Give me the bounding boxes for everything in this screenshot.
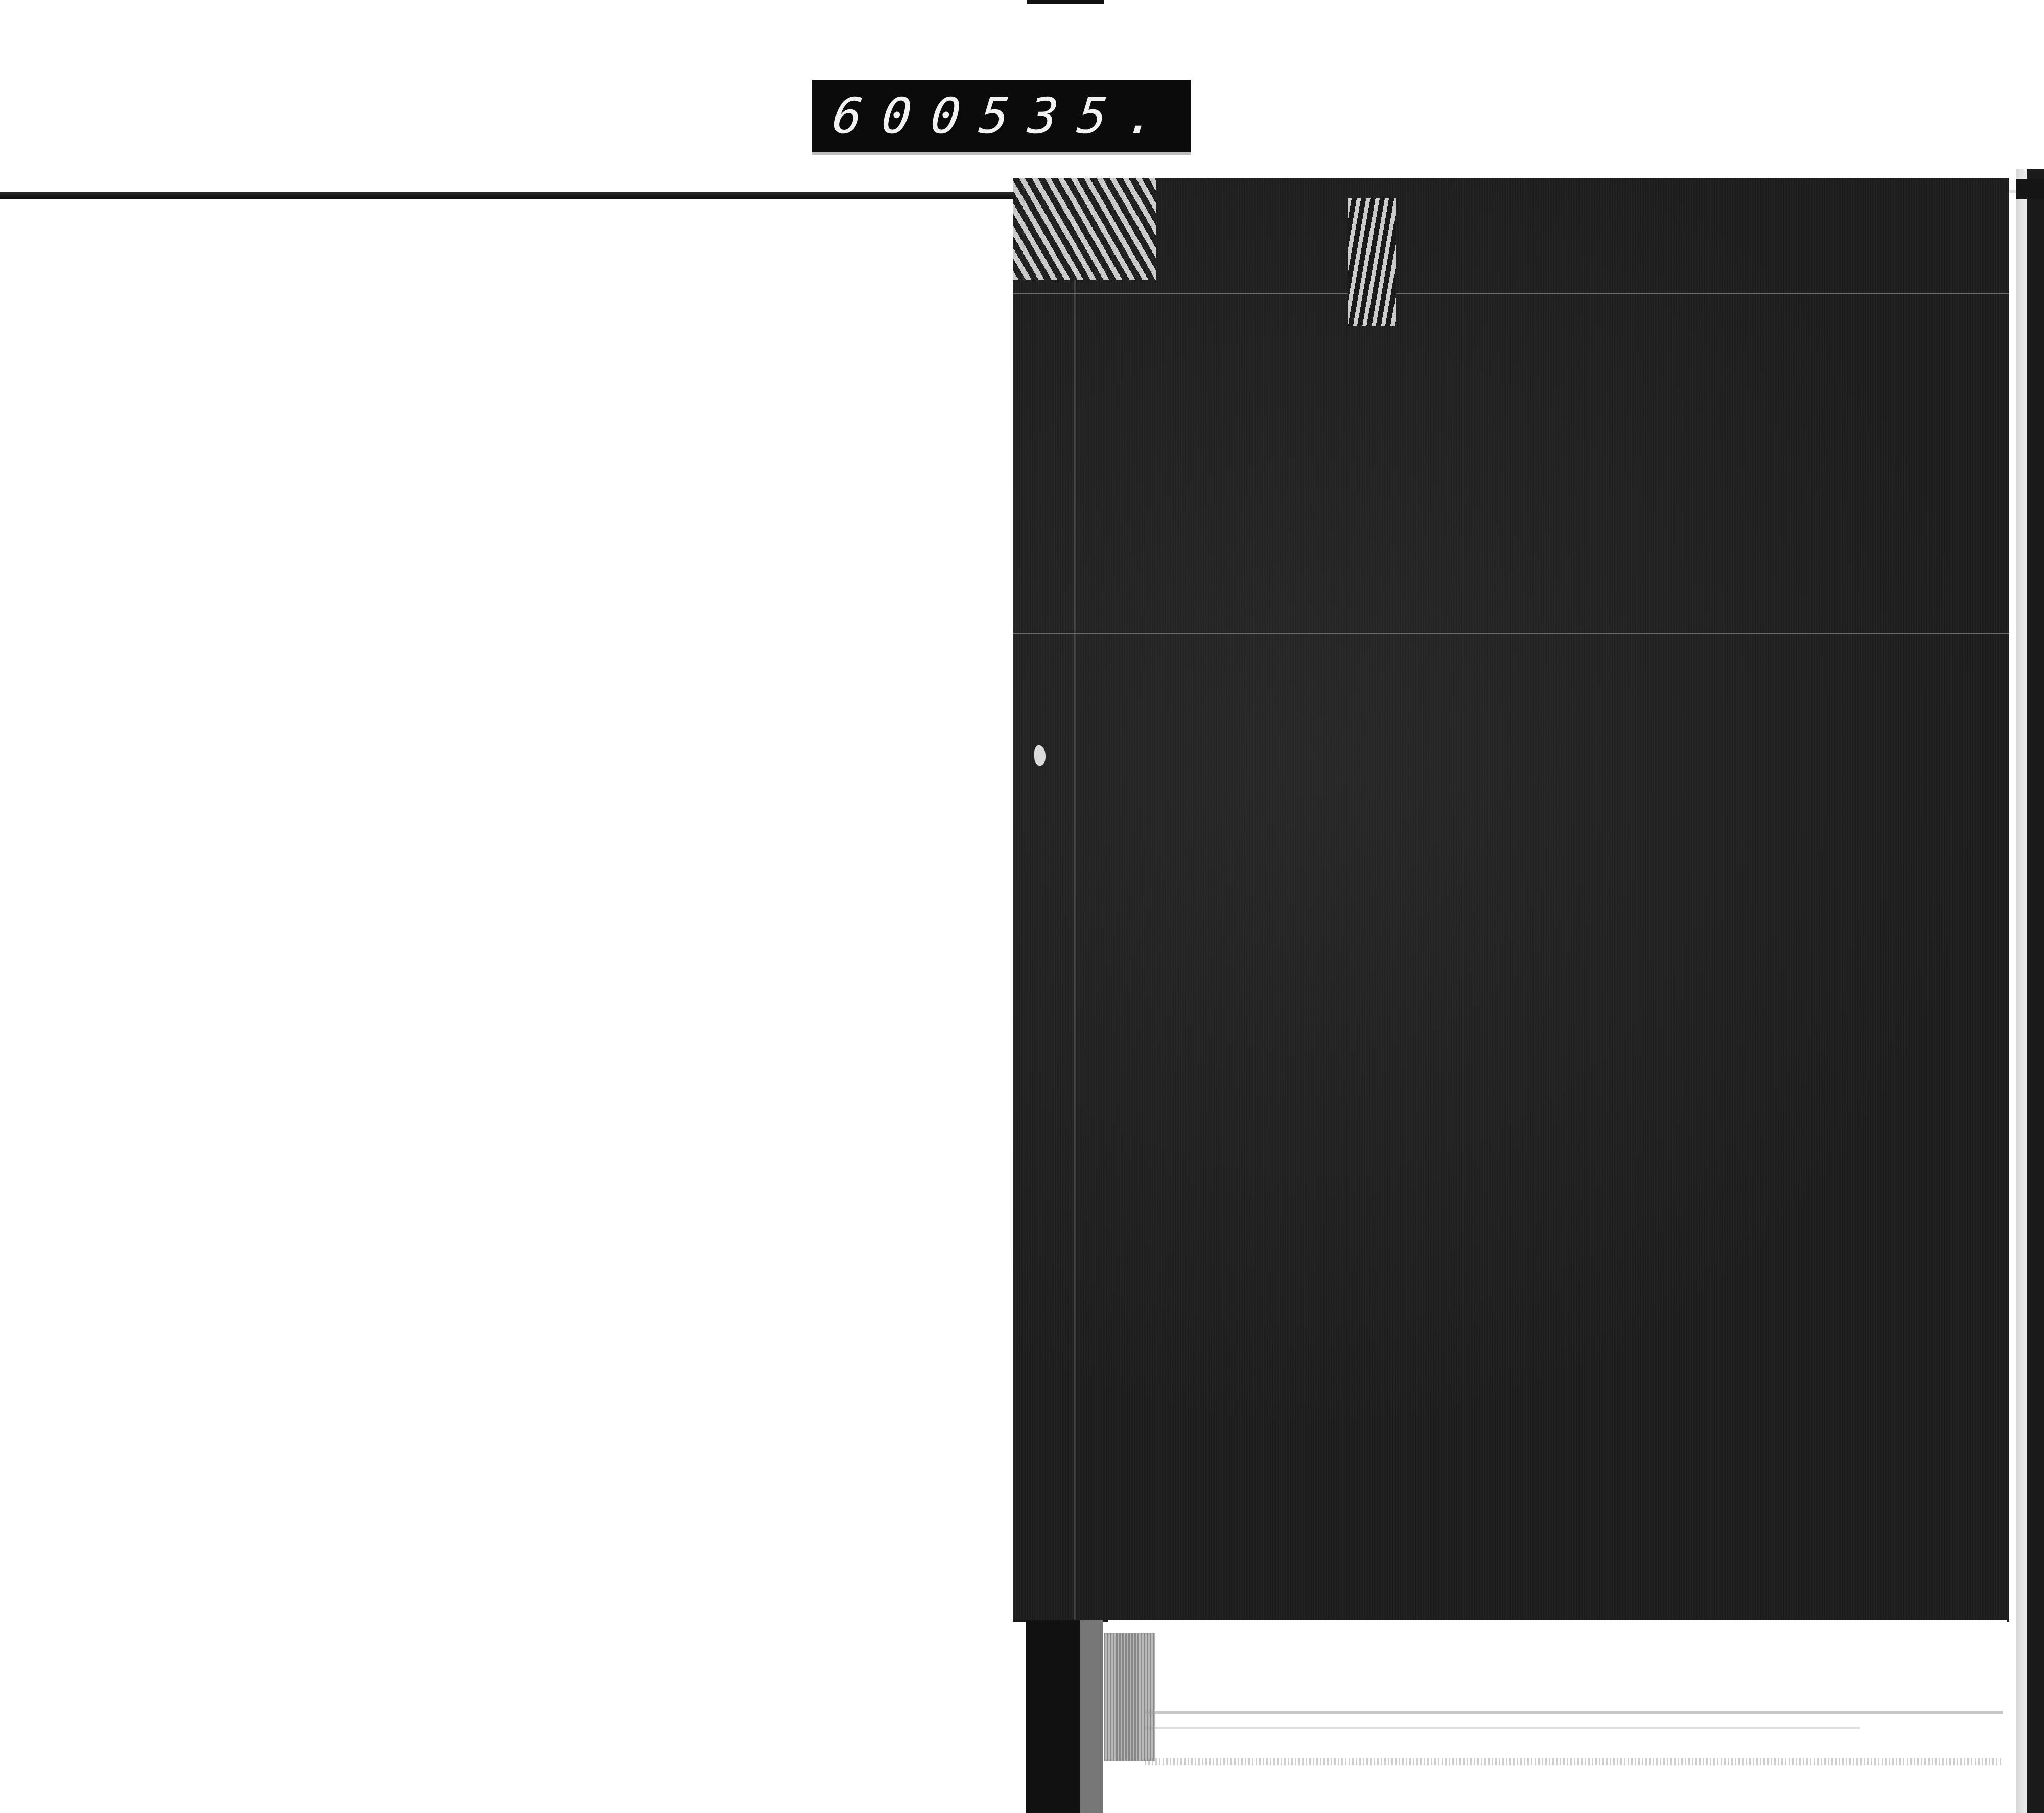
book-cover xyxy=(1013,178,2009,1622)
tape-residue-patch xyxy=(1013,178,1156,280)
page-edge-line xyxy=(1145,1758,2003,1765)
label-number-right: 535. xyxy=(977,87,1179,145)
top-edge-mark xyxy=(1027,0,1104,4)
cover-crease-line xyxy=(1013,633,2009,634)
tape-residue-strip xyxy=(1348,198,1396,326)
spine-edge xyxy=(1074,178,1076,1622)
page-edges-block xyxy=(1108,1620,2007,1753)
cover-tear-mark xyxy=(1034,745,1046,766)
page-edge-line xyxy=(1145,1727,1860,1729)
catalog-number-label: 600 535. xyxy=(812,80,1191,155)
label-number-left: 600 xyxy=(830,87,983,145)
scanner-frame-right xyxy=(2016,169,2044,1813)
page-side-strip xyxy=(1104,1633,1155,1761)
scanner-frame-post xyxy=(1026,1620,1103,1813)
page-edge-line xyxy=(1145,1711,2003,1714)
horizontal-rule xyxy=(0,192,1022,199)
cover-crease-line xyxy=(1013,293,2009,294)
scanner-frame-right-top xyxy=(2016,179,2044,199)
